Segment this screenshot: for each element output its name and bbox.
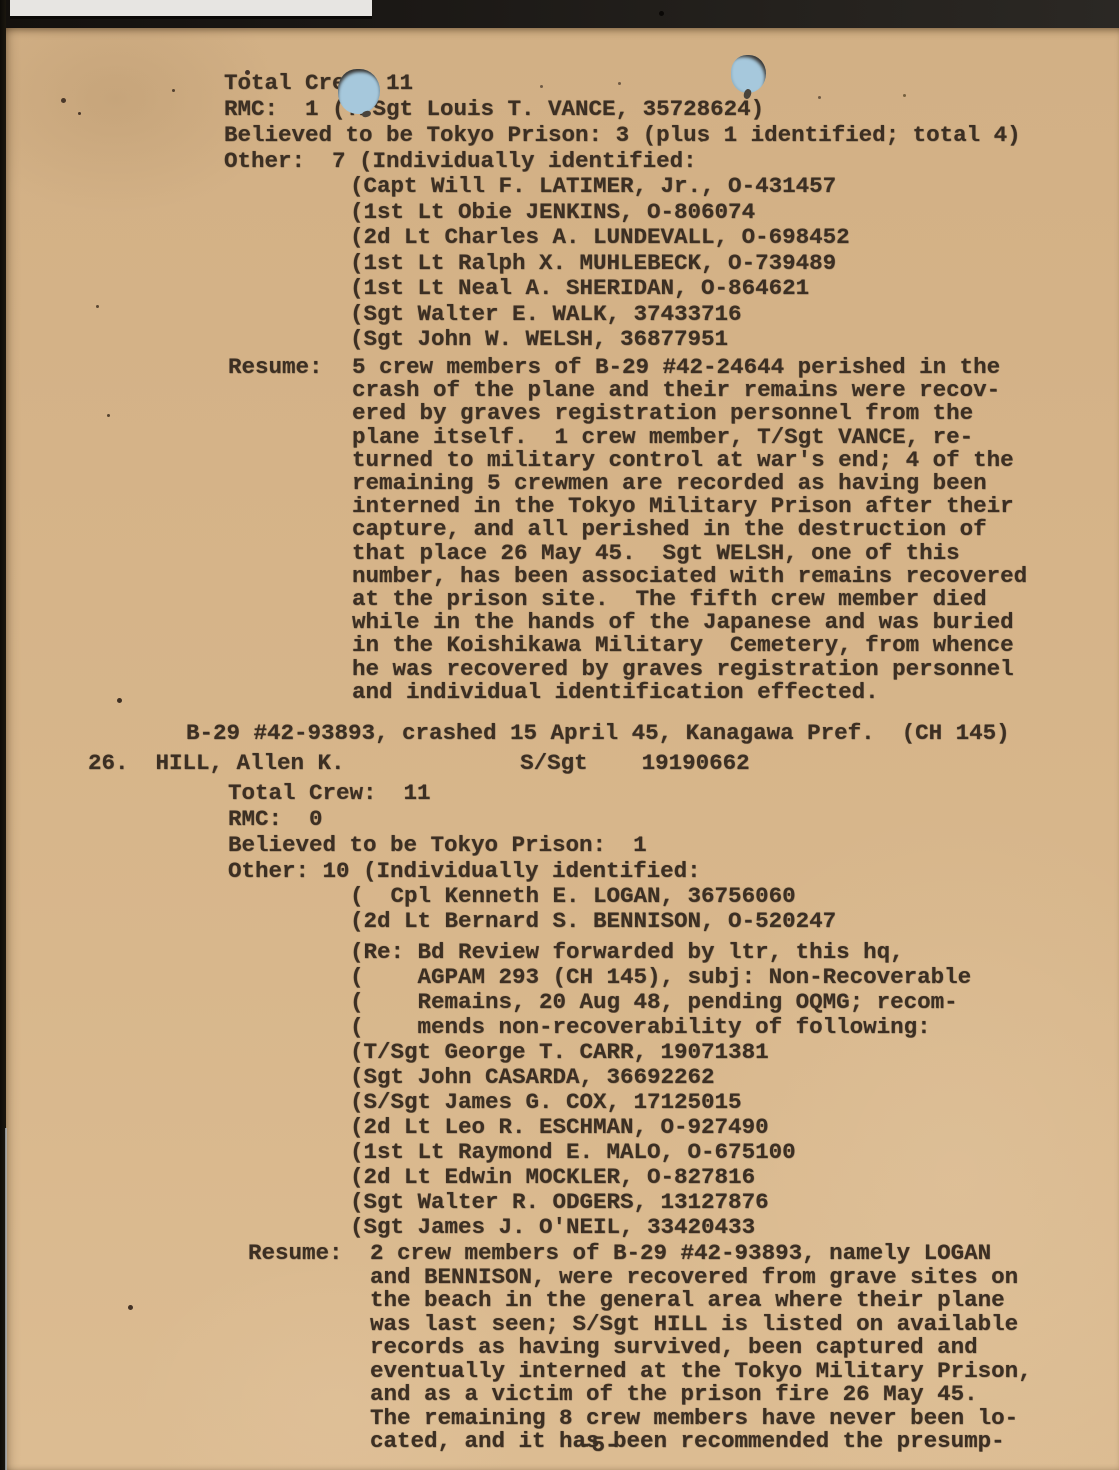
page-number: -5- xyxy=(578,1432,619,1458)
entry-26-name-line: 26. HILL, Allen K. S/Sgt 19190662 xyxy=(88,750,750,776)
entry-prev-crew-list: (Capt Will F. LATIMER, Jr., O-431457 (1s… xyxy=(350,174,850,353)
scanned-page: Total Cre 11 RMC: 1 (T/Sgt Louis T. VANC… xyxy=(0,0,1119,1470)
ink-specks xyxy=(0,0,3,3)
entry-prev-resume-text: 5 crew members of B-29 #42-24644 perishe… xyxy=(352,356,1027,704)
entry-26-stats: Total Crew: 11 RMC: 0 Believed to be Tok… xyxy=(228,780,701,884)
entry-26-crew-list-nonrecoverable: (T/Sgt George T. CARR, 19071381 (Sgt Joh… xyxy=(350,1040,796,1240)
entry-26-board-review-note: (Re: Bd Review forwarded by ltr, this hq… xyxy=(350,940,971,1040)
entry-26-resume-text: 2 crew members of B-29 #42-93893, namely… xyxy=(370,1242,1032,1454)
entry-26-crew-list-identified: ( Cpl Kenneth E. LOGAN, 36756060 (2d Lt … xyxy=(350,884,836,934)
scan-left-guide-line xyxy=(5,1128,7,1470)
entry-26-aircraft-header: B-29 #42-93893, crashed 15 April 45, Kan… xyxy=(186,720,1010,746)
scanner-edge-strip xyxy=(10,0,372,16)
entry-prev-resume-label: Resume: xyxy=(228,356,323,379)
entry-26-resume-label: Resume: xyxy=(248,1242,343,1266)
